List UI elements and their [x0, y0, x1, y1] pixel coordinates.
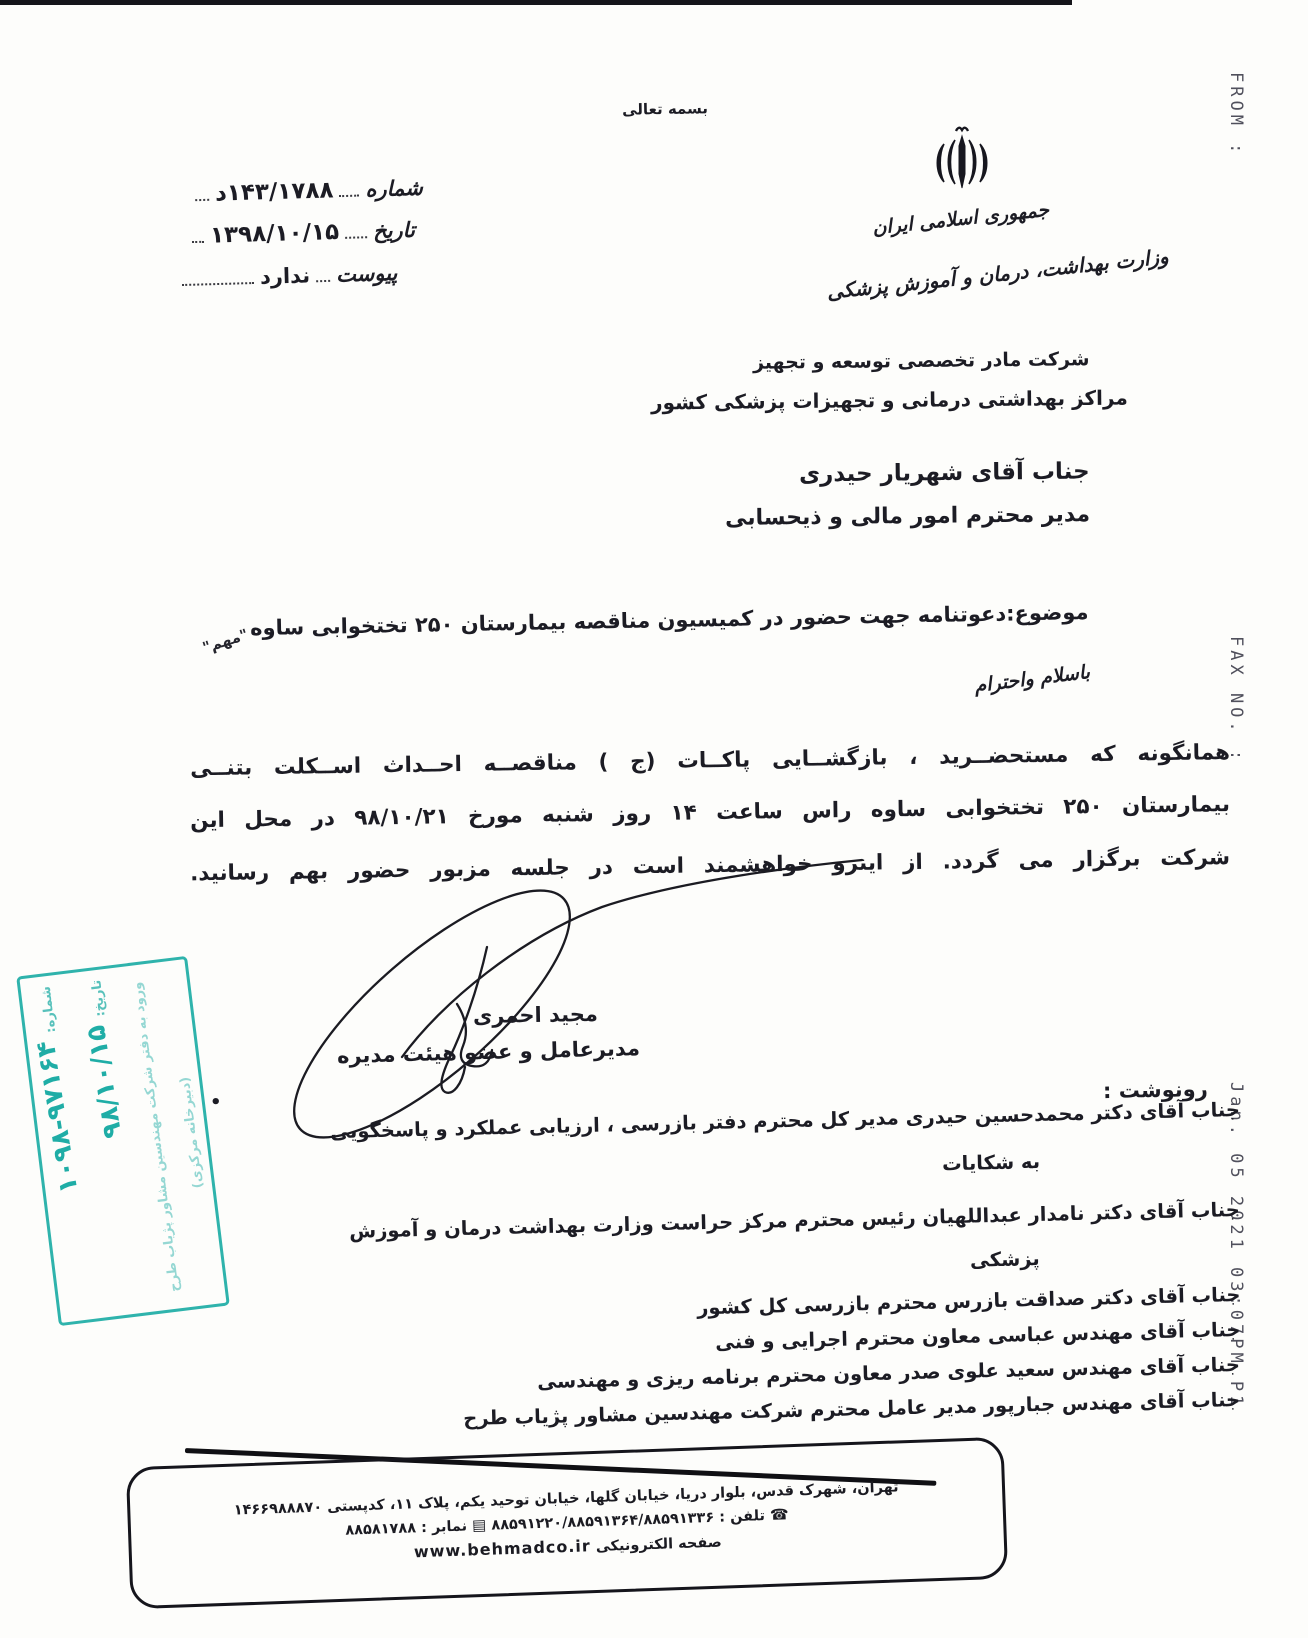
dotted-leader — [339, 181, 359, 198]
subject-line: موضوع:دعوتنامه جهت حضور در کمیسیون مناقص… — [249, 600, 1088, 640]
salutation: باسلام واحترام — [973, 661, 1091, 697]
dotted-leader — [345, 222, 367, 239]
footer-phone-label: تلفن : — [719, 1508, 765, 1526]
cc-item: جناب آقای مهندس عباسی معاون محترم اجرایی… — [715, 1318, 1241, 1354]
scan-top-edge-artifact — [0, 0, 1072, 5]
stamp-date-value: ۹۸/۱۰/۱۵ — [81, 1023, 128, 1141]
cc-item: جناب آقای مهندس جبارپور مدیر عامل محترم … — [463, 1388, 1240, 1430]
ref-number-value: ۱۴۳/۱۷۸۸د — [215, 177, 334, 206]
footer-fax-number: ۸۸۵۸۱۷۸۸ — [345, 1520, 416, 1538]
fax-from-label: FROM : — [1226, 72, 1246, 157]
ref-date-row: تاریخ ۱۳۹۸/۱۰/۱۵ — [192, 217, 416, 249]
phone-icon: ☎ — [770, 1505, 789, 1524]
footer-website-line: صفحه الکترونیکی www.behmadco.ir — [414, 1531, 723, 1561]
ref-date-label: تاریخ — [373, 218, 415, 243]
gov-name-calligraphy: جمهوری اسلامی ایران — [871, 199, 1050, 239]
iran-emblem-icon — [931, 124, 993, 196]
cc-item-continuation: به شکایات — [942, 1150, 1041, 1175]
secretariat-entry-stamp: شماره: ۱۰۹۸-۹۷۱۶۴ تاریخ: ۹۸/۱۰/۱۵ ورود ب… — [16, 956, 230, 1326]
footer-address-box: تهران، شهرک قدس، بلوار دریا، خیابان گلها… — [126, 1437, 1008, 1610]
ref-attachment-label: پیوست — [336, 261, 398, 287]
recipient-name: جناب آقای شهریار حیدری — [799, 458, 1090, 487]
ref-attachment-row: پیوست ندارد — [182, 261, 398, 291]
cc-item: جناب آقای دکتر صداقت بازرس محترم بازرسی … — [696, 1283, 1240, 1319]
dotted-leader — [192, 227, 204, 243]
fax-scan-page: FROM : FAX NO. : Jan. 05 2021 03:07PM P1… — [0, 0, 1308, 1638]
importance-note: "مهم" — [200, 625, 250, 657]
ministry-name-calligraphy: وزارت بهداشت، درمان و آموزش پزشکی — [826, 244, 1170, 304]
ref-number-row: شماره ۱۴۳/۱۷۸۸د — [195, 175, 423, 207]
body-line-1: همانگونه که مستحضــرید ، بازگشــایی پاکـ… — [190, 740, 1230, 781]
signer-name: مجید احمری — [473, 1002, 598, 1028]
company-name-line1: شرکت مادر تخصصی توسعه و تجهیز — [753, 348, 1090, 374]
body-line-2: بیمارستان ۲۵۰ تختخوابی ساوه راس ساعت ۱۴ … — [190, 792, 1230, 833]
cc-item: جناب آقای دکتر نامدار عبداللهیان رئیس مح… — [349, 1198, 1240, 1243]
company-name-line2: مراکز بهداشتی درمانی و تجهیزات پزشکی کشو… — [651, 386, 1128, 415]
ref-number-label: شماره — [365, 176, 423, 202]
stamp-number-label: شماره: — [39, 985, 60, 1033]
stamp-number-value: ۱۰۹۸-۹۷۱۶۴ — [31, 1039, 85, 1195]
footer-website-label: صفحه الکترونیکی — [596, 1534, 722, 1554]
dotted-leader — [195, 185, 209, 201]
fax-icon: ▤ — [472, 1515, 487, 1533]
cc-item-continuation: پزشکی — [970, 1247, 1040, 1272]
stamp-date-label: تاریخ: — [90, 979, 109, 1017]
footer-fax-label: نمابر : — [421, 1518, 467, 1536]
ref-date-value: ۱۳۹۸/۱۰/۱۵ — [210, 219, 340, 249]
dotted-leader — [182, 268, 254, 286]
besmele: بسمه تعالی — [600, 99, 730, 119]
dotted-leader — [316, 266, 330, 282]
cc-bullet: • — [210, 1092, 222, 1113]
recipient-title: مدیر محترم امور مالی و ذیحسابی — [725, 502, 1090, 531]
cc-item: جناب آقای مهندس سعید علوی صدر معاون محتر… — [537, 1353, 1240, 1393]
footer-website-url: www.behmadco.ir — [414, 1536, 592, 1561]
footer-phone-numbers: ۸۸۵۹۱۲۲۰/۸۸۵۹۱۳۶۴/۸۸۵۹۱۳۳۶ — [491, 1509, 714, 1533]
ref-attachment-value: ندارد — [260, 263, 311, 288]
